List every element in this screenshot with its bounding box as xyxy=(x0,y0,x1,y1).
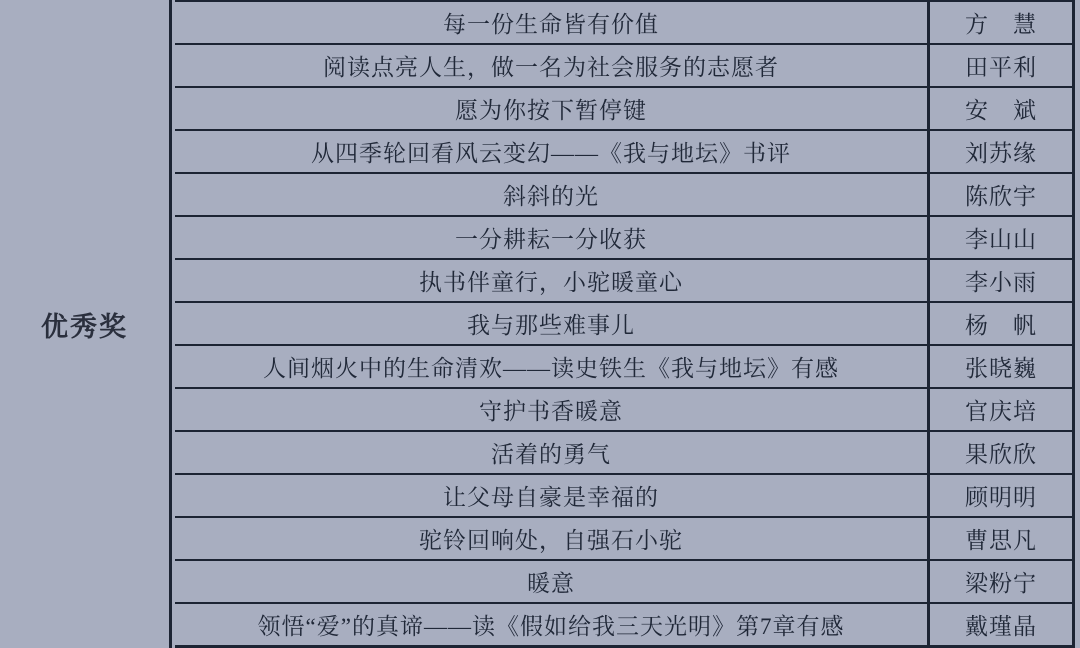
title-cell: 活着的勇气 xyxy=(175,432,927,473)
table-row: 人间烟火中的生命清欢——读史铁生《我与地坛》有感 张晓巍 xyxy=(175,346,1072,389)
title-cell: 我与那些难事儿 xyxy=(175,303,927,344)
table-row: 暖意 梁粉宁 xyxy=(175,561,1072,604)
title-cell: 领悟“爱”的真谛——读《假如给我三天光明》第7章有感 xyxy=(175,604,927,645)
name-cell: 顾明明 xyxy=(927,475,1072,516)
table-row: 活着的勇气 果欣欣 xyxy=(175,432,1072,475)
title-cell: 人间烟火中的生命清欢——读史铁生《我与地坛》有感 xyxy=(175,346,927,387)
title-cell: 斜斜的光 xyxy=(175,174,927,215)
name-cell: 果欣欣 xyxy=(927,432,1072,473)
table-row: 领悟“爱”的真谛——读《假如给我三天光明》第7章有感 戴瑾晶 xyxy=(175,604,1072,645)
title-cell: 愿为你按下暂停键 xyxy=(175,88,927,129)
name-cell: 张晓巍 xyxy=(927,346,1072,387)
table-row: 斜斜的光 陈欣宇 xyxy=(175,174,1072,217)
table-row: 我与那些难事儿 杨 帆 xyxy=(175,303,1072,346)
name-cell: 李小雨 xyxy=(927,260,1072,301)
name-cell: 李山山 xyxy=(927,217,1072,258)
title-cell: 每一份生命皆有价值 xyxy=(175,2,927,43)
title-cell: 阅读点亮人生，做一名为社会服务的志愿者 xyxy=(175,45,927,86)
name-cell: 戴瑾晶 xyxy=(927,604,1072,645)
name-cell: 梁粉宁 xyxy=(927,561,1072,602)
title-cell: 让父母自豪是幸福的 xyxy=(175,475,927,516)
award-category-label: 优秀奖 xyxy=(41,305,128,344)
table-row: 守护书香暖意 官庆培 xyxy=(175,389,1072,432)
title-cell: 暖意 xyxy=(175,561,927,602)
name-cell: 曹思凡 xyxy=(927,518,1072,559)
name-cell: 方 慧 xyxy=(927,2,1072,43)
name-cell: 杨 帆 xyxy=(927,303,1072,344)
name-cell: 陈欣宇 xyxy=(927,174,1072,215)
award-category-cell: 优秀奖 xyxy=(0,0,172,648)
table-row: 愿为你按下暂停键 安 斌 xyxy=(175,88,1072,131)
table-row: 从四季轮回看风云变幻——《我与地坛》书评 刘苏缘 xyxy=(175,131,1072,174)
name-cell: 刘苏缘 xyxy=(927,131,1072,172)
table-row: 一分耕耘一分收获 李山山 xyxy=(175,217,1072,260)
title-cell: 从四季轮回看风云变幻——《我与地坛》书评 xyxy=(175,131,927,172)
table-row: 每一份生命皆有价值 方 慧 xyxy=(175,2,1072,45)
awards-table-page: 优秀奖 每一份生命皆有价值 方 慧 阅读点亮人生，做一名为社会服务的志愿者 田平… xyxy=(0,0,1080,648)
table-row: 执书伴童行，小驼暖童心 李小雨 xyxy=(175,260,1072,303)
name-cell: 田平利 xyxy=(927,45,1072,86)
name-cell: 安 斌 xyxy=(927,88,1072,129)
table-row: 驼铃回响处，自强石小驼 曹思凡 xyxy=(175,518,1072,561)
awards-table: 每一份生命皆有价值 方 慧 阅读点亮人生，做一名为社会服务的志愿者 田平利 愿为… xyxy=(175,0,1075,648)
title-cell: 执书伴童行，小驼暖童心 xyxy=(175,260,927,301)
table-row: 让父母自豪是幸福的 顾明明 xyxy=(175,475,1072,518)
name-cell: 官庆培 xyxy=(927,389,1072,430)
table-row: 阅读点亮人生，做一名为社会服务的志愿者 田平利 xyxy=(175,45,1072,88)
title-cell: 守护书香暖意 xyxy=(175,389,927,430)
title-cell: 驼铃回响处，自强石小驼 xyxy=(175,518,927,559)
title-cell: 一分耕耘一分收获 xyxy=(175,217,927,258)
